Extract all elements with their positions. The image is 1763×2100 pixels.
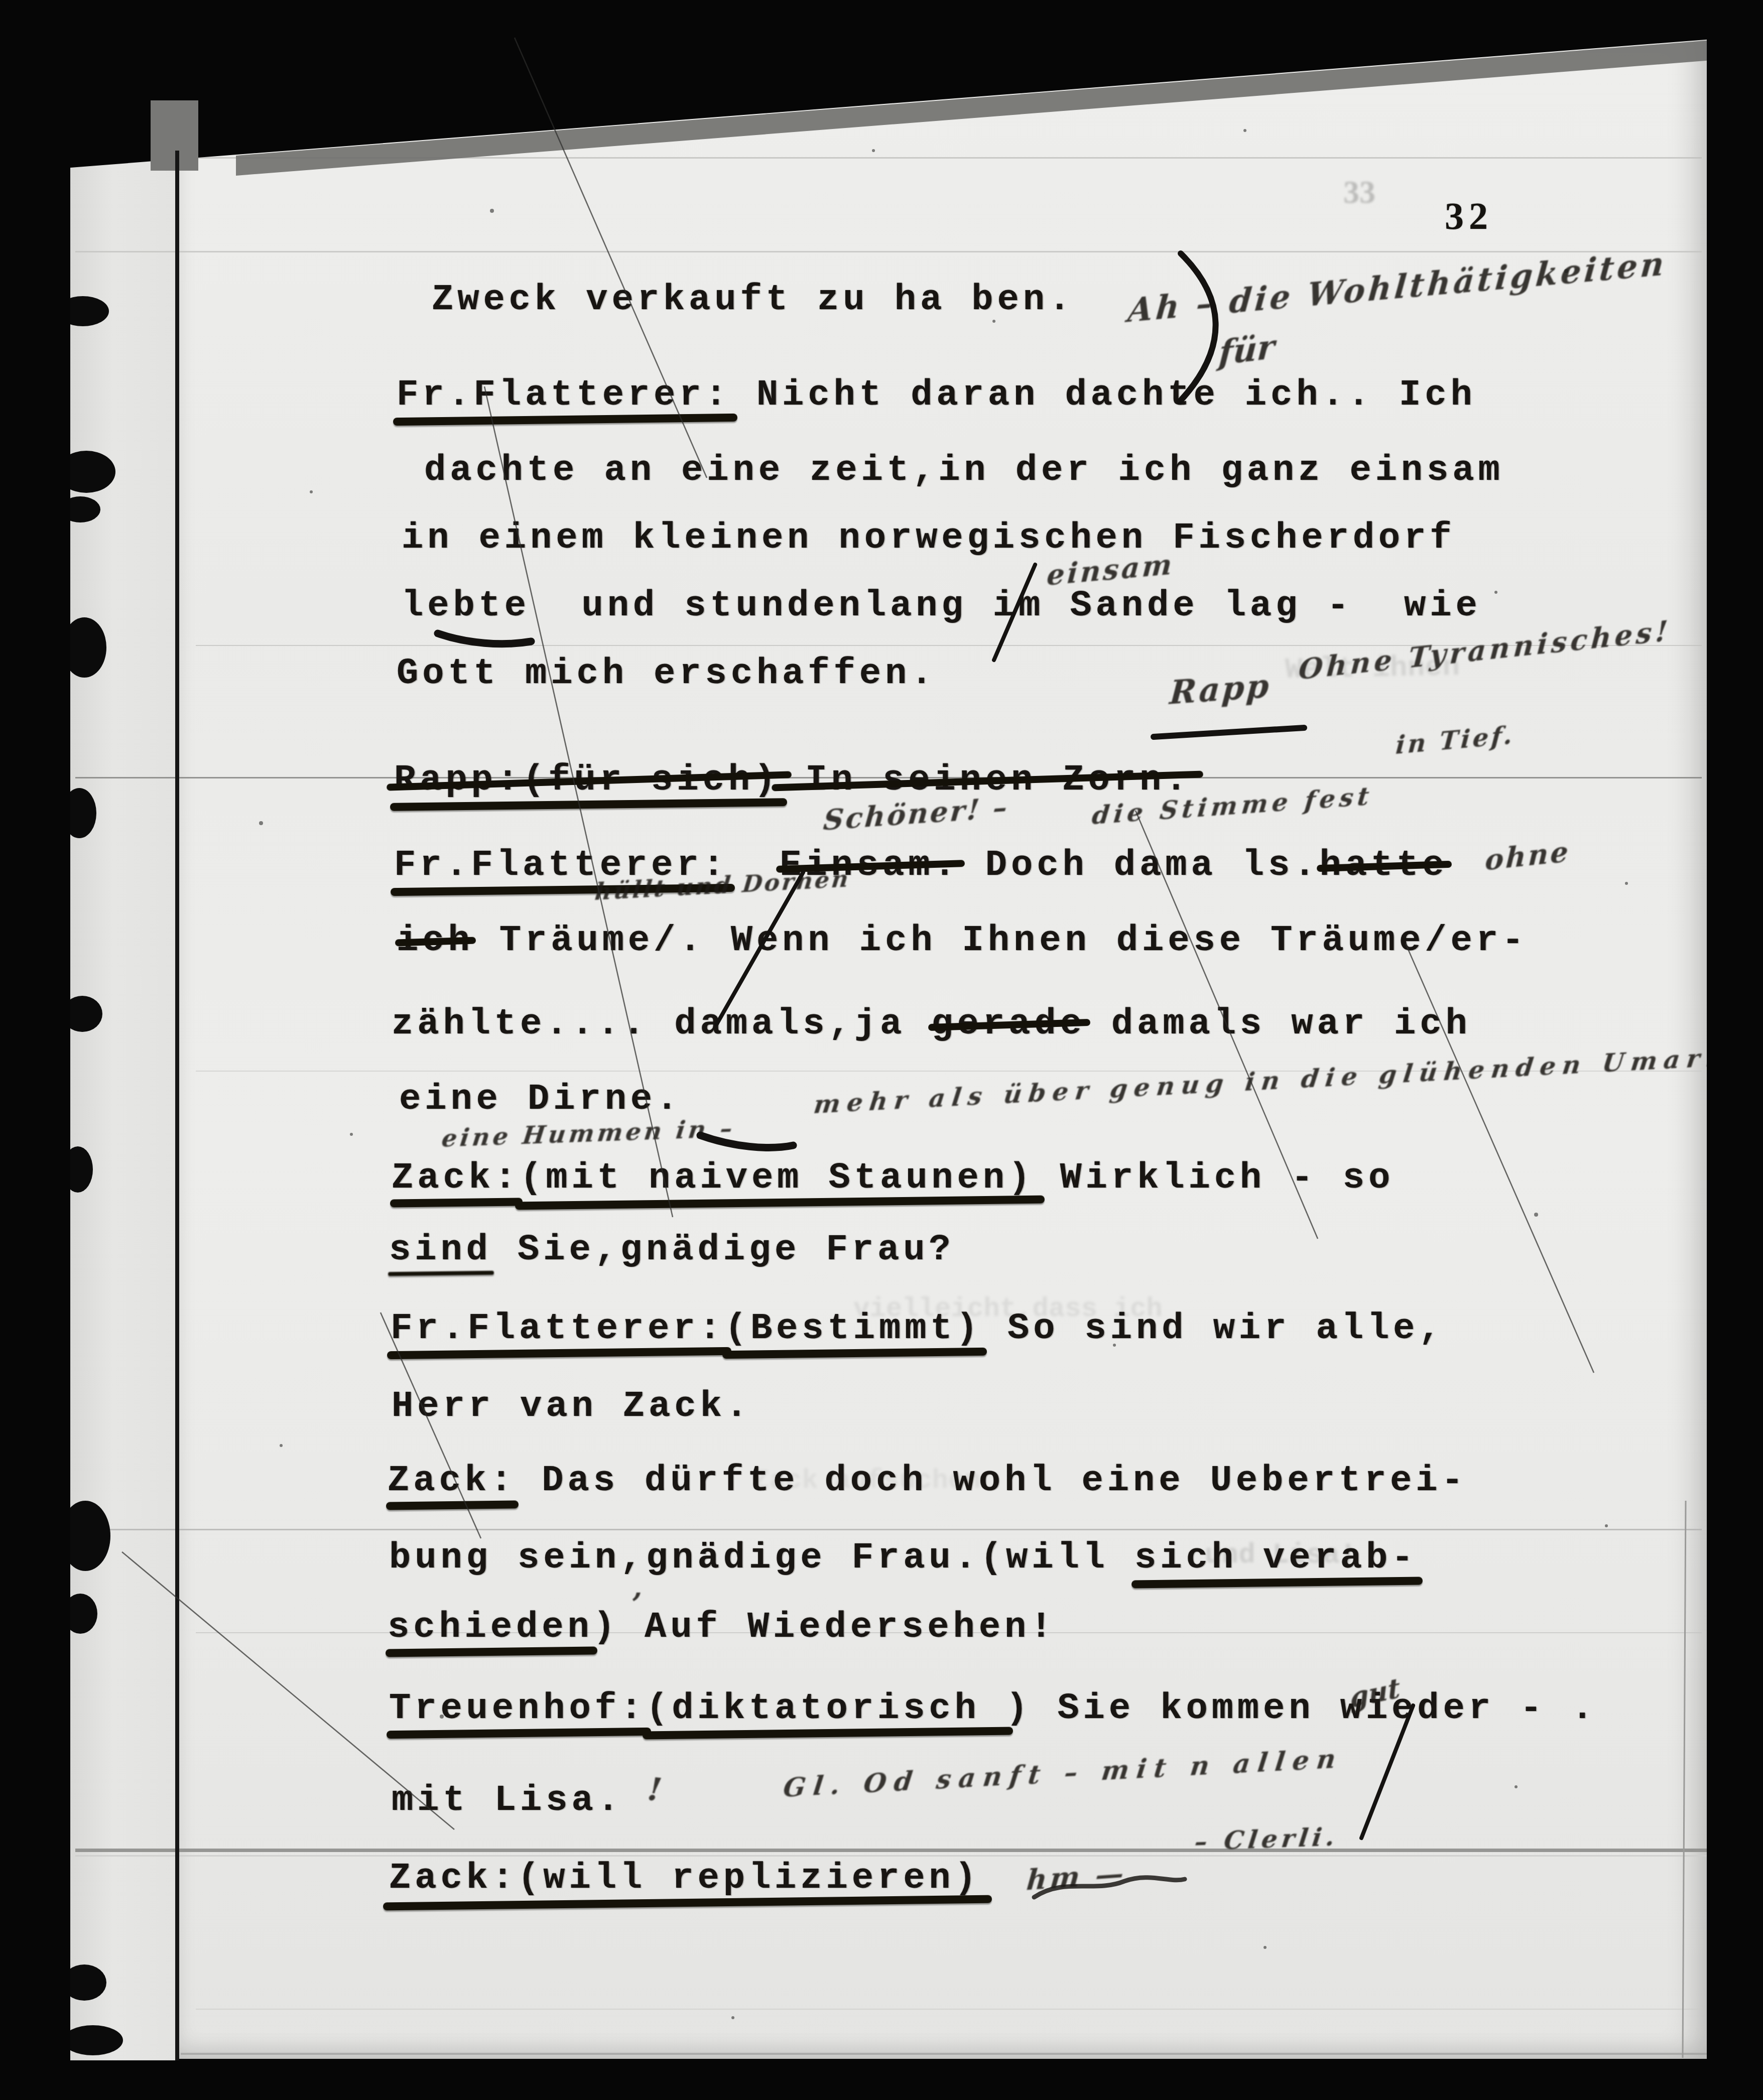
typed-text: sich verab- <box>1135 1537 1417 1580</box>
typed-line: Fr.Flatterer:(Bestimmt) So sind wir alle… <box>391 1307 1445 1350</box>
speaker-label: Zack: <box>392 1157 520 1200</box>
speaker-label: Rapp:(für sich) <box>394 759 780 802</box>
typed-text: mit Lisa. <box>392 1779 623 1822</box>
scan-line <box>196 157 1702 159</box>
typed-line: Fr.Flatterer: Nicht daran dachte ich.. I… <box>397 374 1476 417</box>
speaker-label: Fr.Flatterer: <box>391 1307 725 1350</box>
typed-line: Zack:(mit naivem Staunen) Wirklich - so <box>392 1157 1394 1200</box>
typed-text: Doch dama ls. <box>960 844 1320 887</box>
typed-line: Treuenhof:(diktatorisch ) Sie kommen wie… <box>389 1687 1597 1730</box>
typed-text: dachte an eine zeit,in der ich ganz eins… <box>424 449 1504 492</box>
typed-text: hatte <box>1319 844 1448 887</box>
handwritten-annotation: Rapp <box>1169 667 1272 712</box>
typed-line: bung sein,gnädige Frau.(will sich verab- <box>389 1537 1417 1580</box>
typed-text: ) Sie kommen wieder - . <box>1006 1687 1597 1730</box>
page-number: 32 <box>1445 195 1493 238</box>
scan-line <box>75 251 1702 252</box>
scan-line <box>75 1529 1702 1530</box>
typed-text: Sie,gnädige Frau? <box>492 1229 955 1271</box>
speaker-label: Zack: <box>388 1460 516 1502</box>
typed-text: damals war ich <box>1086 1003 1471 1045</box>
typed-line: Zweck verkauft zu ha ben. <box>432 279 1074 321</box>
typed-line: Gott mich erschaffen. <box>397 652 936 695</box>
scan-line <box>196 2009 1702 2010</box>
page-binding-edge <box>70 150 178 2061</box>
typed-text: Nicht daran dachte ich.. Ich <box>731 374 1476 417</box>
stage-direction: (diktatorisch <box>646 1687 1006 1730</box>
scan-line <box>75 1849 1707 1852</box>
scan-left-border <box>0 0 70 2100</box>
typed-text: Herr van Zack. <box>392 1385 751 1428</box>
ghost-page-number: 33 <box>1343 174 1375 211</box>
typed-text: bung sein,gnädige Frau.(will <box>389 1537 1135 1580</box>
stage-direction: (Bestimmt) <box>725 1307 982 1350</box>
typed-text: gerade <box>931 1003 1085 1045</box>
speaker-label: Fr.Flatterer: <box>397 374 731 417</box>
typed-line: eine Dirne. <box>399 1078 682 1121</box>
typed-line: Zack:(will replizieren) <box>389 1857 980 1900</box>
speaker-label: Zack:(will replizieren) <box>389 1857 980 1900</box>
typed-text: Gott mich erschaffen. <box>397 652 936 695</box>
typed-line: in einem kleinen norwegischen Fischerdor… <box>402 517 1456 560</box>
typed-text: schieden <box>388 1606 593 1649</box>
typed-line: Fr.Flatterer: Einsam. Doch dama ls.hatte <box>394 844 1448 887</box>
speaker-label: Treuenhof: <box>389 1687 646 1730</box>
typed-text: Zweck verkauft zu ha ben. <box>432 279 1074 321</box>
scan-bottom-border <box>0 2060 1763 2100</box>
typed-line: zählte.... damals,ja gerade damals war i… <box>392 1003 1471 1045</box>
typed-line: schieden) Auf Wiedersehen! <box>388 1606 1056 1649</box>
typed-text: eine Dirne. <box>399 1078 682 1121</box>
typed-line: dachte an eine zeit,in der ich ganz eins… <box>424 449 1504 492</box>
typed-text: lebte und stundenlang im Sande lag - wie <box>402 585 1481 627</box>
typed-text: So sind wir alle, <box>982 1307 1445 1350</box>
typed-text: zählte.... damals,ja <box>392 1003 931 1045</box>
typed-text: sind <box>389 1229 492 1271</box>
scan-line <box>75 1855 1707 1857</box>
stray-mark: ’ <box>632 1587 642 1622</box>
typed-line: lebte und stundenlang im Sande lag - wie <box>402 585 1481 627</box>
stage-direction: (mit naivem Staunen) <box>520 1157 1034 1200</box>
typed-text: Träume/. Wenn ich Ihnen diese Träume/er- <box>474 920 1528 962</box>
typed-text: Wirklich - so <box>1034 1157 1394 1200</box>
typed-text: Das dürfte doch wohl eine Uebertrei- <box>516 1460 1467 1502</box>
typed-line: Herr van Zack. <box>392 1385 751 1428</box>
typed-line: Rapp:(für sich) In seinen Zorn. <box>394 759 1191 802</box>
typed-line: sind Sie,gnädige Frau? <box>389 1229 955 1271</box>
scan-line <box>181 2053 1707 2055</box>
typed-text: in einem kleinen norwegischen Fischerdor… <box>402 517 1456 560</box>
typed-line: ich Träume/. Wenn ich Ihnen diese Träume… <box>397 920 1528 962</box>
typed-text: ich <box>397 920 474 962</box>
typed-text: ) Auf Wiedersehen! <box>593 1606 1056 1649</box>
typed-line: mit Lisa. <box>392 1779 623 1822</box>
handwritten-annotation: für <box>1218 327 1276 373</box>
handwritten-annotation: – Clerli. <box>1193 1821 1340 1856</box>
typed-line: Zack: Das dürfte doch wohl eine Uebertre… <box>388 1460 1467 1502</box>
scanned-manuscript-page: 33 Welt ihnen und Lisa! vielleicht,dass … <box>0 0 1763 2100</box>
